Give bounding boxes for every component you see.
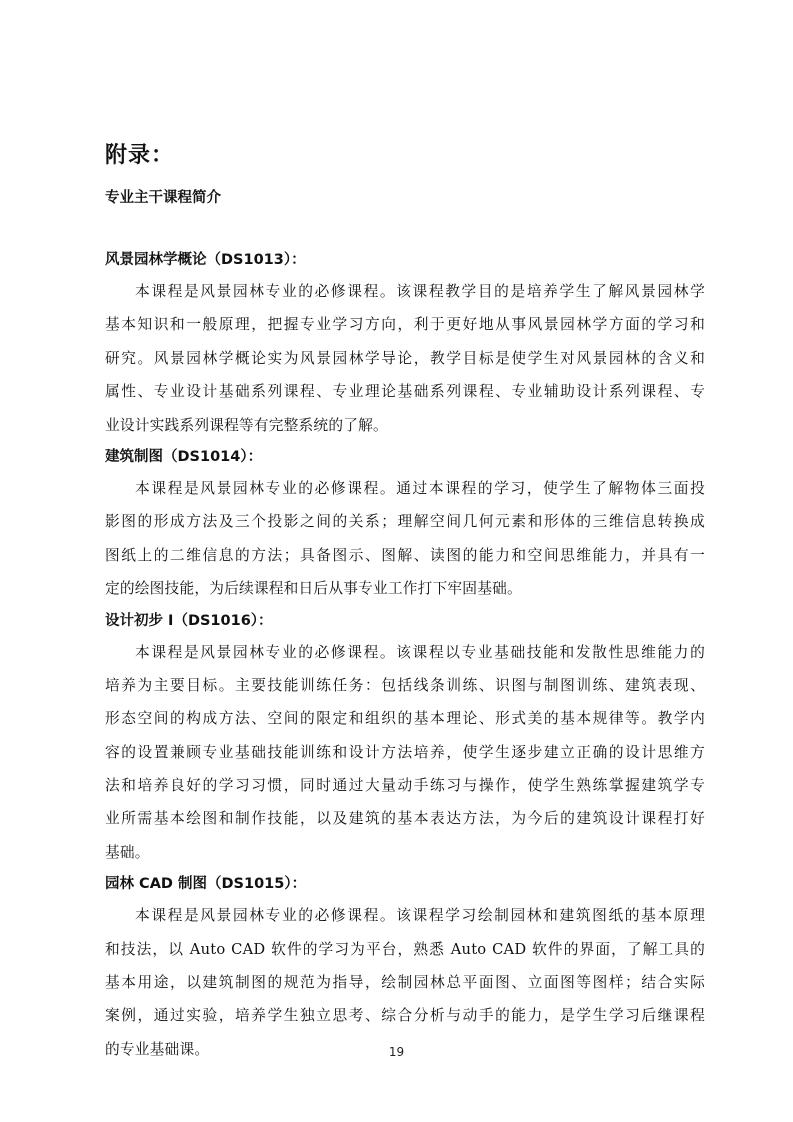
paragraph-line: 本课程是风景园林专业的必修课程。该课程教学目的是培养学生了解风景园林学 — [105, 275, 705, 308]
document-page: 附录： 专业主干课程简介 风景园林学概论（DS1013）： 本课程是风景园林专业… — [0, 0, 793, 1122]
course-list: 风景园林学概论（DS1013）： 本课程是风景园林专业的必修课程。该课程教学目的… — [105, 245, 705, 1066]
course-section: 建筑制图（DS1014）： 本课程是风景园林专业的必修课程。通过本课程的学习，使… — [105, 442, 705, 606]
paragraph-line: 基础。 — [105, 836, 705, 869]
course-section: 设计初步 I（DS1016）： 本课程是风景园林专业的必修课程。该课程以专业基础… — [105, 606, 705, 870]
paragraph-line: 本课程是风景园林专业的必修课程。该课程以专业基础技能和发散性思维能力的 — [105, 636, 705, 669]
paragraph-line: 培养为主要目标。主要技能训练任务：包括线条训练、识图与制图训练、建筑表现、 — [105, 669, 705, 702]
course-heading: 园林 CAD 制图（DS1015）： — [105, 869, 705, 899]
paragraph-line: 业所需基本绘图和制作技能，以及建筑的基本表达方法，为今后的建筑设计课程打好 — [105, 802, 705, 835]
paragraph-line: 定的绘图技能，为后续课程和日后从事专业工作打下牢固基础。 — [105, 572, 705, 605]
paragraph-line: 本课程是风景园林专业的必修课程。通过本课程的学习，使学生了解物体三面投 — [105, 472, 705, 505]
paragraph-line: 图纸上的二维信息的方法；具备图示、图解、读图的能力和空间思维能力，并具有一 — [105, 539, 705, 572]
page-number: 19 — [0, 1045, 793, 1059]
paragraph-line: 基本知识和一般原理，把握专业学习方向，利于更好地从事风景园林学方面的学习和 — [105, 308, 705, 341]
paragraph-line: 和技法，以 Auto CAD 软件的学习为平台，熟悉 Auto CAD 软件的界… — [105, 933, 705, 966]
paragraph-line: 研究。风景园林学概论实为风景园林学导论，教学目标是使学生对风景园林的含义和 — [105, 342, 705, 375]
paragraph-line: 法和培养良好的学习习惯，同时通过大量动手练习与操作，使学生熟练掌握建筑学专 — [105, 769, 705, 802]
paragraph-line: 容的设置兼顾专业基础技能训练和设计方法培养，使学生逐步建立正确的设计思维方 — [105, 736, 705, 769]
course-heading: 风景园林学概论（DS1013）： — [105, 245, 705, 275]
appendix-title: 附录： — [105, 138, 174, 169]
course-section: 园林 CAD 制图（DS1015）： 本课程是风景园林专业的必修课程。该课程学习… — [105, 869, 705, 1066]
paragraph-line: 基本用途，以建筑制图的规范为指导，绘制园林总平面图、立面图等图样；结合实际 — [105, 966, 705, 999]
course-section: 风景园林学概论（DS1013）： 本课程是风景园林专业的必修课程。该课程教学目的… — [105, 245, 705, 442]
paragraph-line: 业设计实践系列课程等有完整系统的了解。 — [105, 409, 705, 442]
section-subtitle: 专业主干课程简介 — [105, 186, 221, 207]
paragraph-line: 案例，通过实验，培养学生独立思考、综合分析与动手的能力，是学生学习后继课程 — [105, 999, 705, 1032]
paragraph-line: 属性、专业设计基础系列课程、专业理论基础系列课程、专业辅助设计系列课程、专 — [105, 375, 705, 408]
course-heading: 设计初步 I（DS1016）： — [105, 606, 705, 636]
paragraph-line: 形态空间的构成方法、空间的限定和组织的基本理论、形式美的基本规律等。教学内 — [105, 702, 705, 735]
course-heading: 建筑制图（DS1014）： — [105, 442, 705, 472]
paragraph-line: 本课程是风景园林专业的必修课程。该课程学习绘制园林和建筑图纸的基本原理 — [105, 899, 705, 932]
paragraph-line: 影图的形成方法及三个投影之间的关系；理解空间几何元素和形体的三维信息转换成 — [105, 505, 705, 538]
